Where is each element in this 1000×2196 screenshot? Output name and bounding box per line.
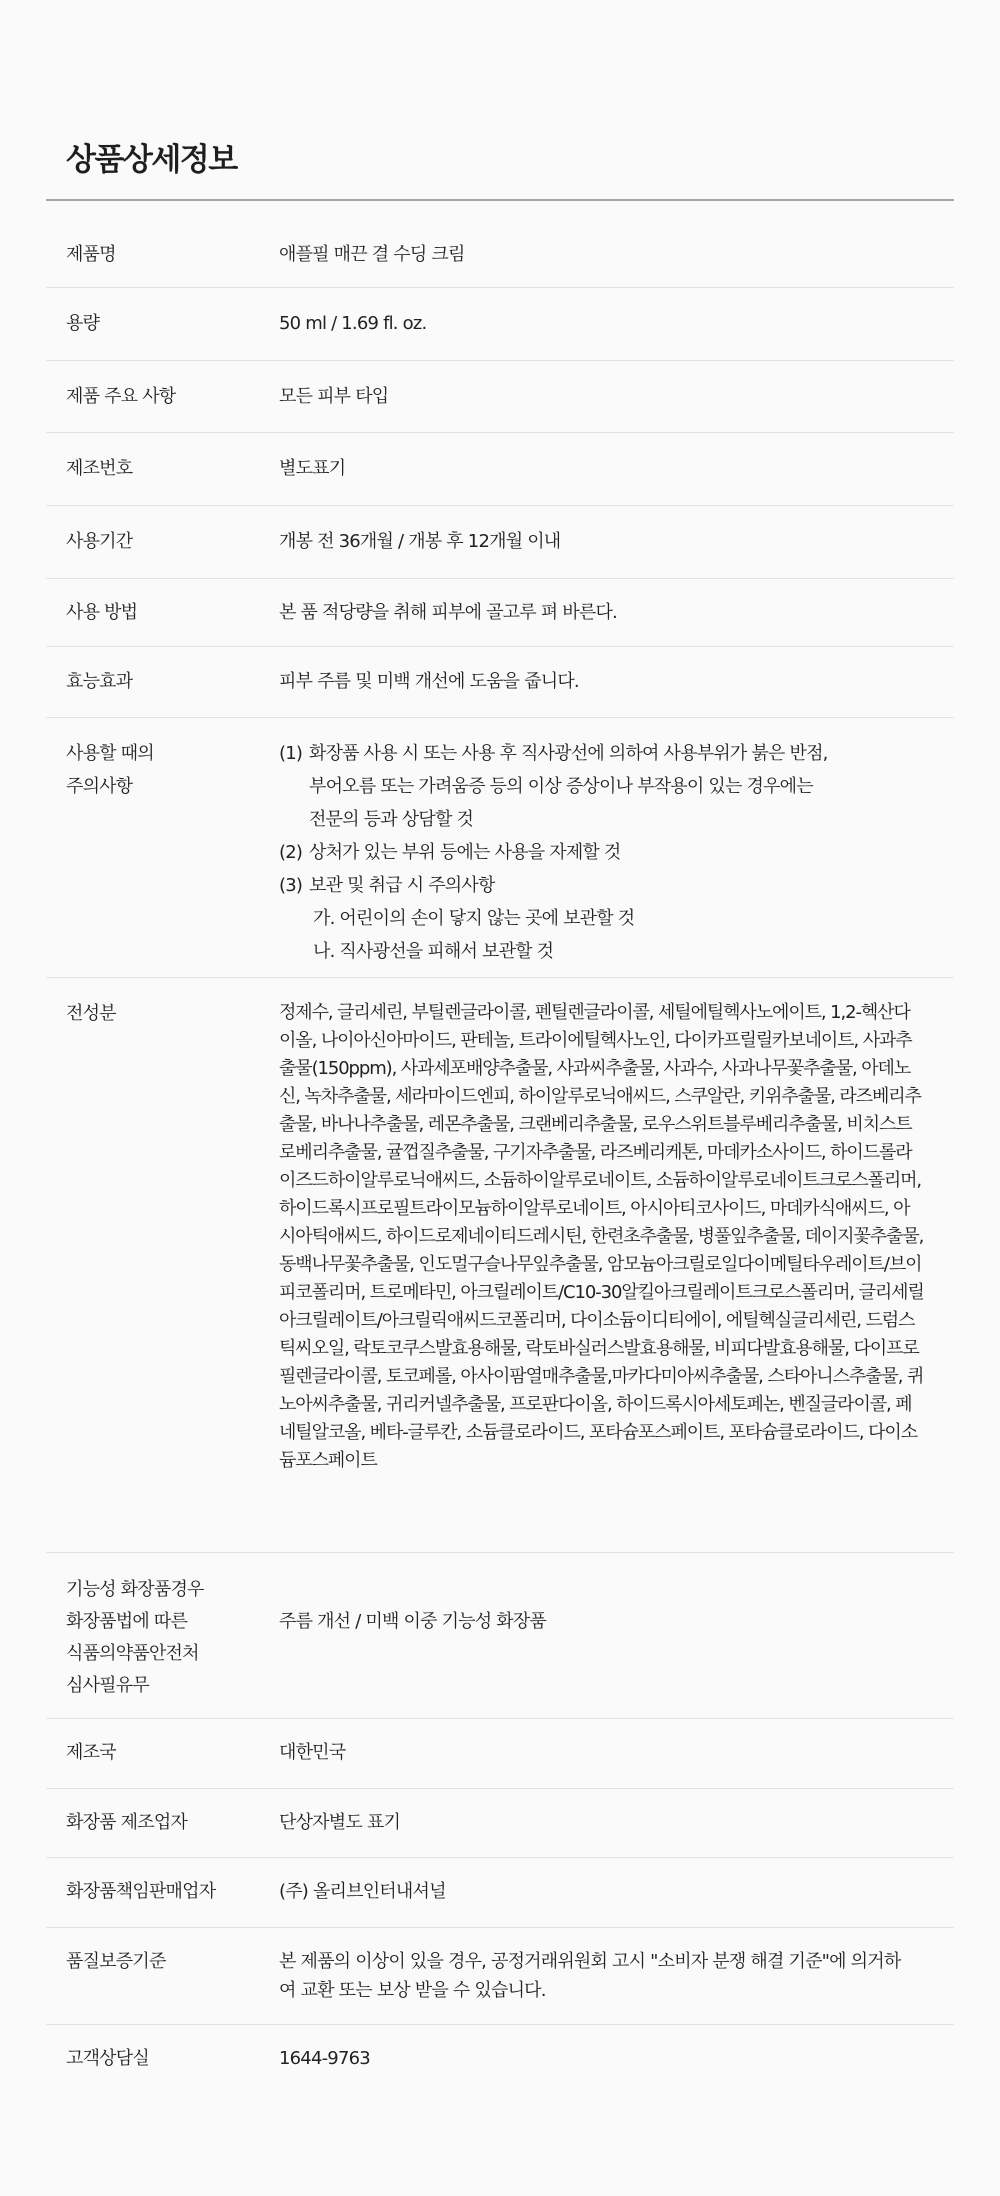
precaution-subitem: 가. 어린이의 손이 닿지 않는 곳에 보관할 것 — [279, 902, 924, 935]
row-label: 화장품책임판매업자 — [46, 1877, 279, 1927]
info-row-quality-assurance: 품질보증기준 본 제품의 이상이 있을 경우, 공정거래위원회 고시 "소비자 … — [46, 1928, 954, 2025]
row-value: 본 제품의 이상이 있을 경우, 공정거래위원회 고시 "소비자 분쟁 해결 기… — [279, 1947, 954, 2024]
row-label: 고객상담실 — [46, 2044, 279, 2095]
info-row-key-features: 제품 주요 사항 모든 피부 타입 — [46, 361, 954, 433]
row-value: 단상자별도 표기 — [279, 1808, 954, 1857]
info-row-functional-cosmetic: 기능성 화장품경우 화장품법에 따른 식품의약품안전처 심사필유무 주름 개선 … — [46, 1553, 954, 1719]
precaution-subitem: 나. 직사광선을 피해서 보관할 것 — [279, 935, 924, 968]
info-row-efficacy: 효능효과 피부 주름 및 미백 개선에 도움을 줍니다. — [46, 647, 954, 718]
row-label: 효능효과 — [46, 667, 279, 717]
precaution-item-2: (2)상처가 있는 부위 등에는 사용을 자제할 것 — [279, 836, 924, 869]
precaution-item-1-cont: 부어오름 또는 가려움증 등의 이상 증상이나 부작용이 있는 경우에는 — [279, 770, 924, 803]
info-row-batch-number: 제조번호 별도표기 — [46, 433, 954, 506]
precaution-number: (1) — [279, 737, 309, 770]
row-label: 기능성 화장품경우 화장품법에 따른 식품의약품안전처 심사필유무 — [46, 1574, 279, 1718]
row-value: 피부 주름 및 미백 개선에 도움을 줍니다. — [279, 667, 954, 717]
row-value: 본 품 적당량을 취해 피부에 골고루 펴 바른다. — [279, 598, 954, 646]
row-value: 대한민국 — [279, 1738, 954, 1788]
row-value: 별도표기 — [279, 454, 954, 505]
precaution-item-1: (1)화장품 사용 시 또는 사용 후 직사광선에 의하여 사용부위가 붉은 반… — [279, 737, 924, 770]
row-label: 화장품 제조업자 — [46, 1808, 279, 1857]
row-label: 전성분 — [46, 999, 279, 1552]
info-row-distributor: 화장품책임판매업자 (주) 올리브인터내셔널 — [46, 1858, 954, 1928]
info-row-how-to-use: 사용 방법 본 품 적당량을 취해 피부에 골고루 펴 바른다. — [46, 579, 954, 647]
product-detail-info: 상품상세정보 제품명 애플필 매끈 결 수딩 크림 용량 50 ml / 1.6… — [0, 0, 1000, 2095]
info-row-customer-service: 고객상담실 1644-9763 — [46, 2025, 954, 2095]
row-value: 모든 피부 타입 — [279, 382, 954, 432]
row-label: 품질보증기준 — [46, 1947, 279, 2024]
info-row-country: 제조국 대한민국 — [46, 1719, 954, 1789]
info-row-shelf-life: 사용기간 개봉 전 36개월 / 개봉 후 12개월 이내 — [46, 506, 954, 579]
row-value: 개봉 전 36개월 / 개봉 후 12개월 이내 — [279, 527, 954, 578]
row-label: 용량 — [46, 309, 279, 360]
row-label: 제품명 — [46, 240, 279, 287]
precaution-number: (3) — [279, 869, 309, 902]
info-row-ingredients: 전성분 정제수, 글리세린, 부틸렌글라이콜, 펜틸렌글라이콜, 세틸에틸헥사노… — [46, 978, 954, 1553]
row-label: 사용기간 — [46, 527, 279, 578]
ingredients-list: 정제수, 글리세린, 부틸렌글라이콜, 펜틸렌글라이콜, 세틸에틸헥사노에이트,… — [279, 999, 954, 1552]
row-label: 사용할 때의 주의사항 — [46, 737, 279, 977]
precaution-item-3: (3)보관 및 취급 시 주의사항 — [279, 869, 924, 902]
row-value: (주) 올리브인터내셔널 — [279, 1877, 954, 1927]
customer-service-phone: 1644-9763 — [279, 2044, 954, 2095]
page-title: 상품상세정보 — [46, 0, 954, 199]
precaution-number: (2) — [279, 836, 309, 869]
row-value: 애플필 매끈 결 수딩 크림 — [279, 240, 954, 287]
info-row-precautions: 사용할 때의 주의사항 (1)화장품 사용 시 또는 사용 후 직사광선에 의하… — [46, 718, 954, 978]
row-label: 제조국 — [46, 1738, 279, 1788]
precaution-item-1-cont: 전문의 등과 상담할 것 — [279, 803, 924, 836]
row-value: 주름 개선 / 미백 이중 기능성 화장품 — [279, 1574, 954, 1718]
row-label: 제조번호 — [46, 454, 279, 505]
row-label: 제품 주요 사항 — [46, 382, 279, 432]
precautions-list: (1)화장품 사용 시 또는 사용 후 직사광선에 의하여 사용부위가 붉은 반… — [279, 737, 954, 977]
row-label: 사용 방법 — [46, 598, 279, 646]
info-row-manufacturer: 화장품 제조업자 단상자별도 표기 — [46, 1789, 954, 1858]
info-row-product-name: 제품명 애플필 매끈 결 수딩 크림 — [46, 201, 954, 288]
info-row-volume: 용량 50 ml / 1.69 fl. oz. — [46, 288, 954, 361]
row-value: 50 ml / 1.69 fl. oz. — [279, 309, 954, 360]
